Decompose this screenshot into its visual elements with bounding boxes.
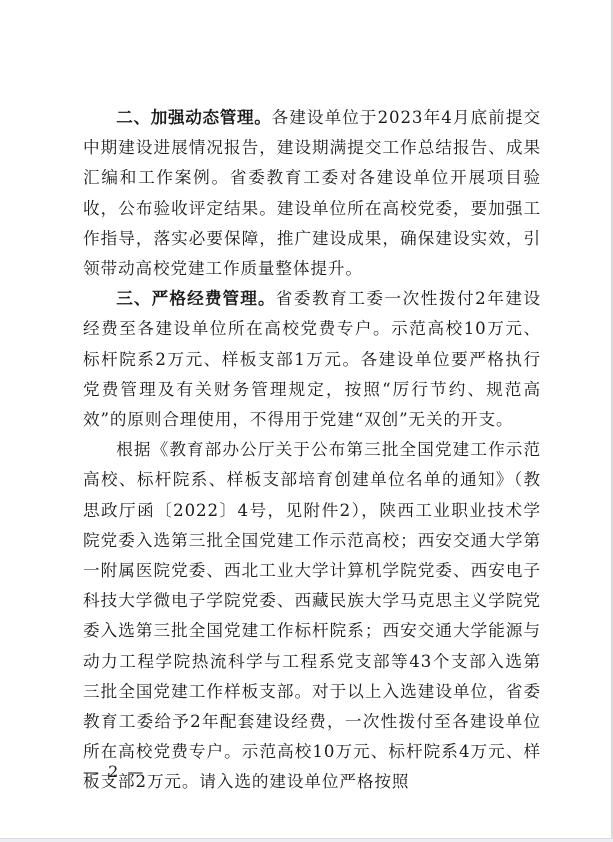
- document-page: 二、加强动态管理。各建设单位于2023年4月底前提交中期建设进展情况报告，建设期…: [0, 0, 611, 838]
- document-body: 二、加强动态管理。各建设单位于2023年4月底前提交中期建设进展情况报告，建设期…: [83, 103, 541, 798]
- page-number: — 2 —: [83, 761, 145, 783]
- paragraph-national-selection: 根据《教育部办公厅关于公布第三批全国党建工作示范高校、标杆院系、样板支部培育创建…: [83, 435, 541, 797]
- page-edge-bottom: [0, 838, 613, 842]
- paragraph-text: 根据《教育部办公厅关于公布第三批全国党建工作示范高校、标杆院系、样板支部培育创建…: [83, 440, 541, 791]
- section-heading-dynamic-management: 二、加强动态管理。: [116, 108, 271, 127]
- paragraph-text: 各建设单位于2023年4月底前提交中期建设进展情况报告，建设期满提交工作总结报告…: [83, 108, 541, 278]
- paragraph-funding-management: 三、严格经费管理。省委教育工委一次性拨付2年建设经费至各建设单位所在高校党费专户…: [83, 284, 541, 435]
- section-heading-funding-management: 三、严格经费管理。: [116, 289, 276, 308]
- paragraph-dynamic-management: 二、加强动态管理。各建设单位于2023年4月底前提交中期建设进展情况报告，建设期…: [83, 103, 541, 284]
- paragraph-text: 省委教育工委一次性拨付2年建设经费至各建设单位所在高校党费专户。示范高校10万元…: [83, 289, 541, 429]
